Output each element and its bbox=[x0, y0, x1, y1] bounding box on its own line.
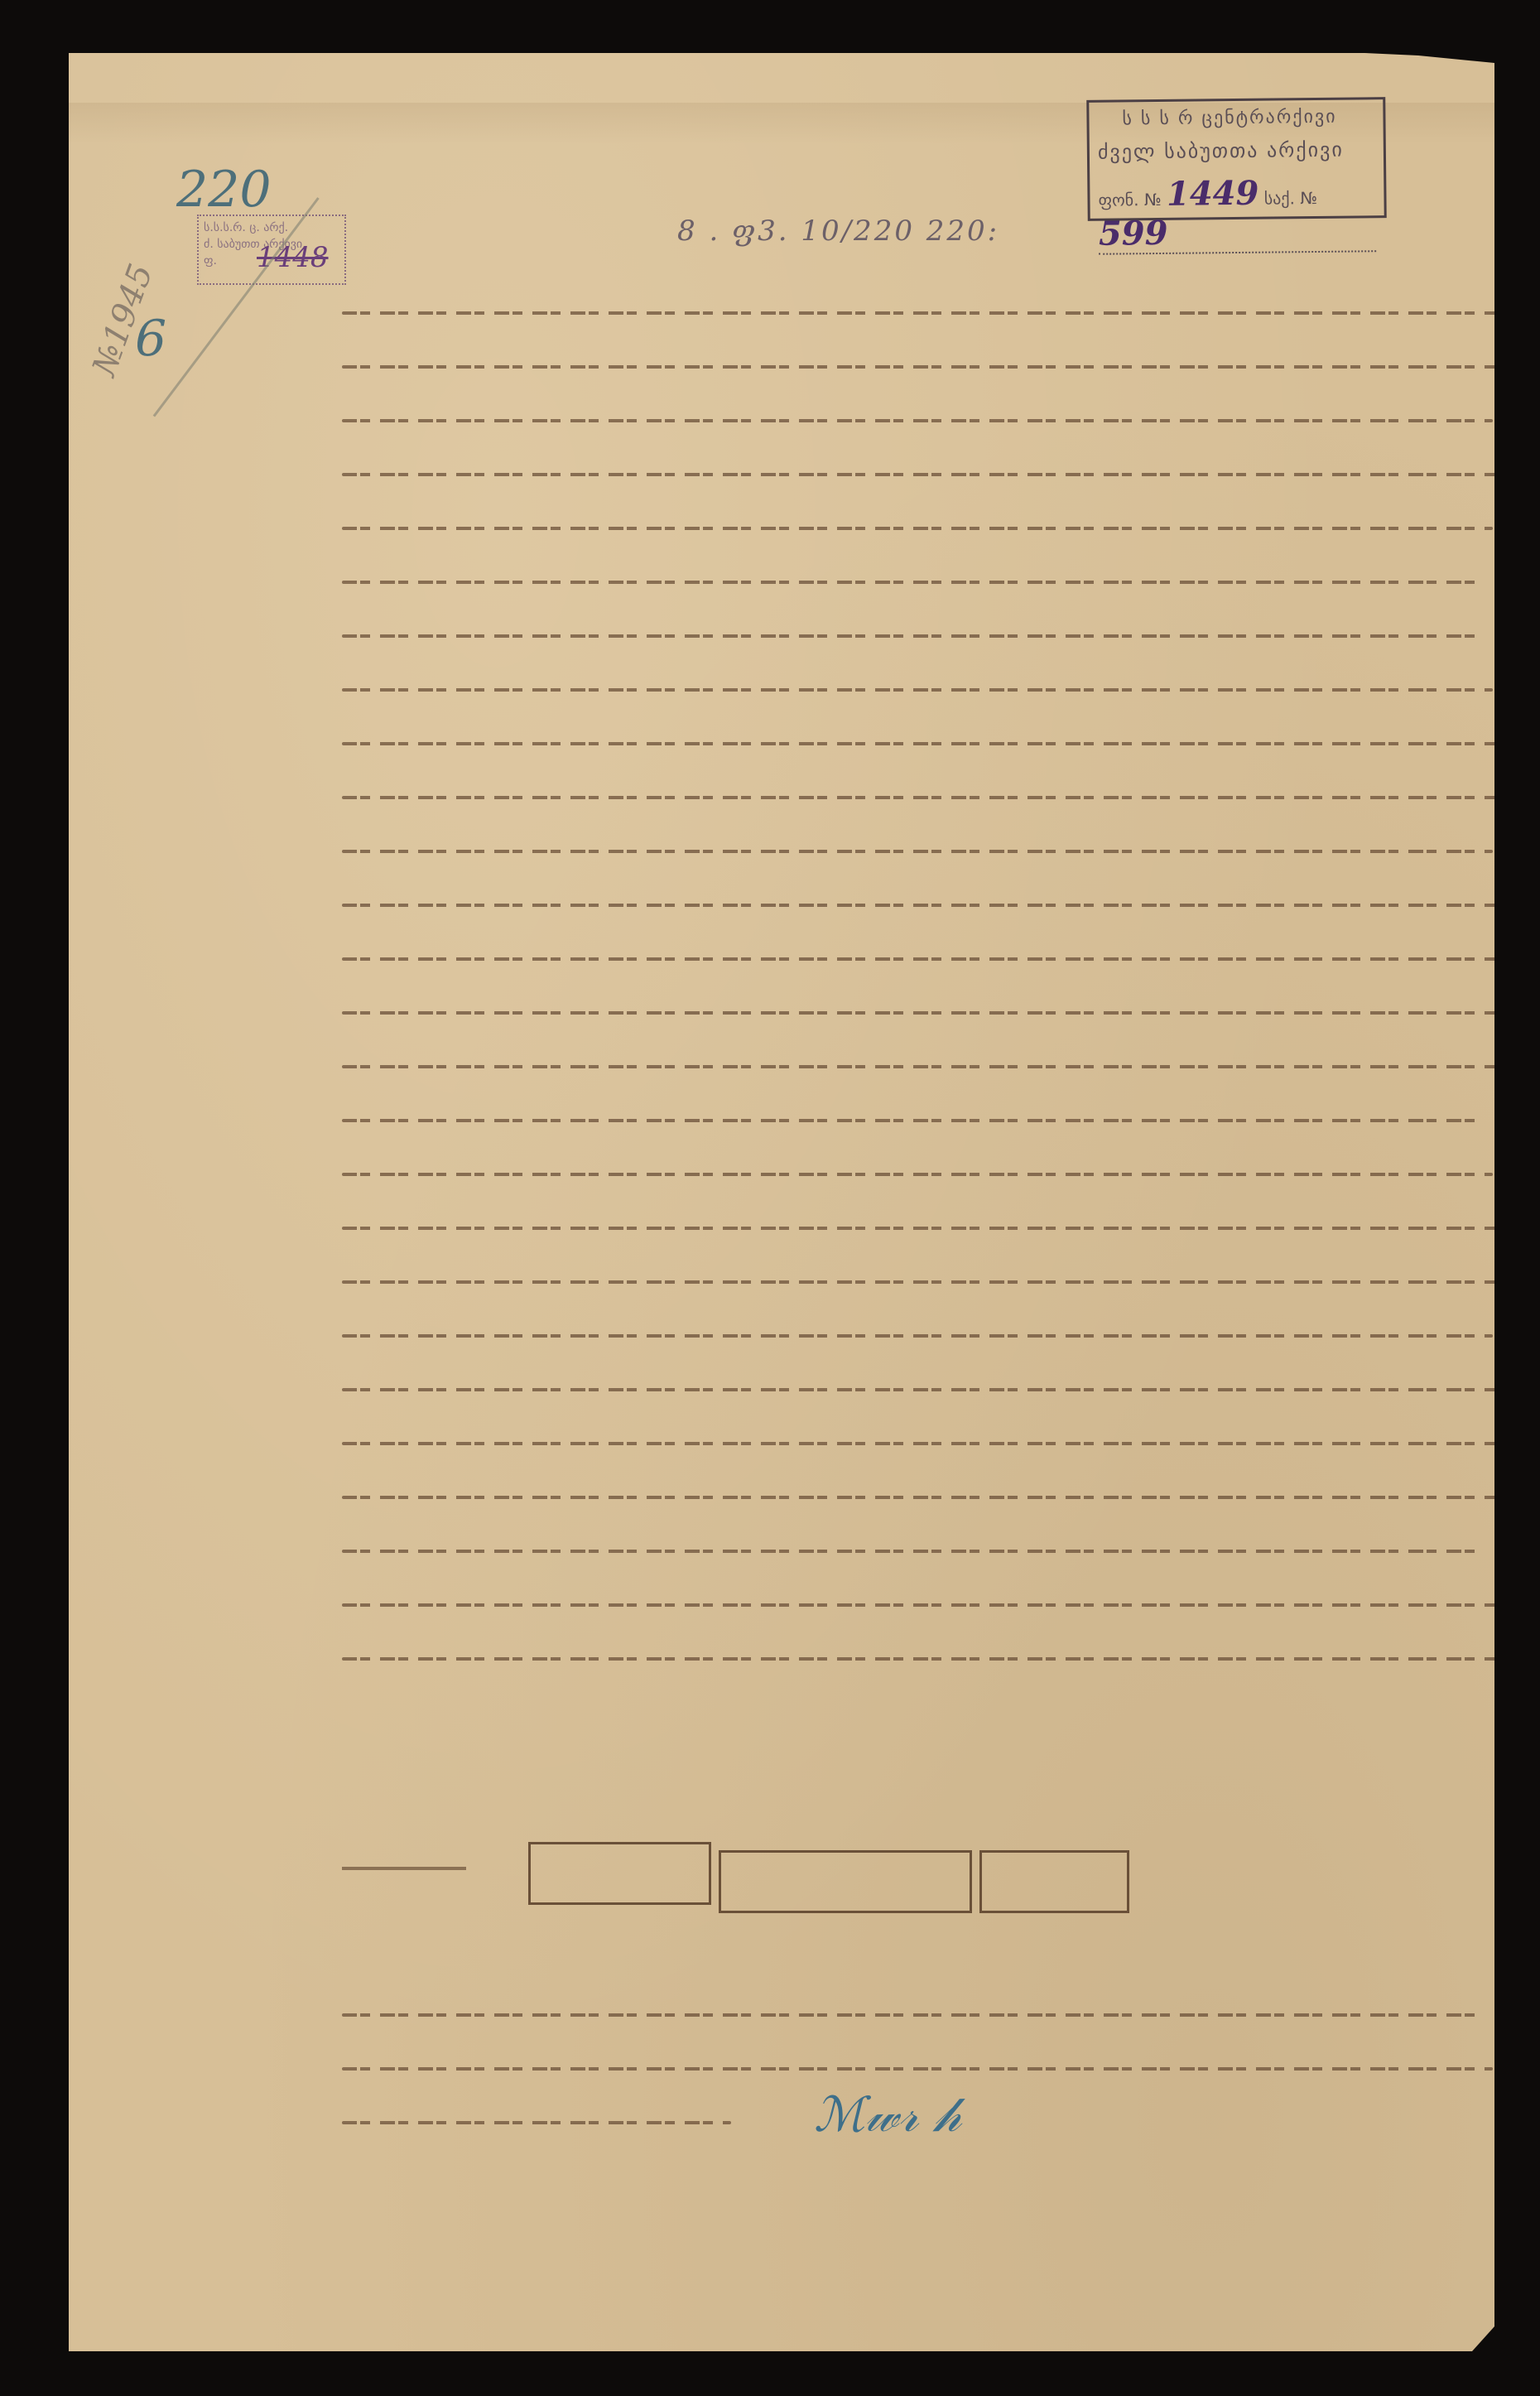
handwritten-line bbox=[342, 1227, 1501, 1230]
handwritten-line bbox=[342, 688, 1493, 692]
blue-pencil-number: 220 bbox=[176, 161, 272, 219]
handwritten-line bbox=[342, 957, 1501, 961]
item-number: 599 bbox=[1099, 214, 1168, 253]
handwritten-line bbox=[342, 527, 1493, 530]
handwritten-line bbox=[342, 1119, 1485, 1122]
closing-line bbox=[342, 2121, 731, 2124]
handwritten-line bbox=[342, 1496, 1501, 1499]
handwritten-line bbox=[342, 634, 1476, 638]
reference-line: 8 . ფ3. 10/220 220: bbox=[677, 215, 999, 248]
handwritten-line bbox=[342, 1550, 1485, 1553]
handwritten-line bbox=[342, 1280, 1501, 1284]
signature: ℳ𝓌𝓇 𝒽 bbox=[814, 2086, 961, 2143]
handwritten-word bbox=[342, 1867, 466, 1870]
handwritten-line bbox=[342, 581, 1485, 584]
item-label: საქ. № bbox=[1264, 188, 1318, 209]
closing-line bbox=[342, 2067, 1493, 2071]
handwritten-line bbox=[342, 1657, 1501, 1661]
old-archive-stamp: ს.ს.ს.რ. ც. არქ. ძ. საბუთთ არქივი. ფ. 14… bbox=[197, 215, 346, 285]
handwritten-line bbox=[342, 1173, 1493, 1176]
handwritten-line bbox=[342, 1603, 1501, 1607]
handwritten-line bbox=[342, 1388, 1501, 1391]
stamp-line-3: ფონ. № 1449 საქ. № 599 bbox=[1098, 172, 1376, 255]
document-page: ს ს ს რ ცენტრარქივი ძველ საბუთთა არქივი … bbox=[69, 53, 1494, 2351]
handwritten-line bbox=[342, 365, 1501, 369]
handwritten-line bbox=[342, 796, 1501, 799]
fond-number: 1449 bbox=[1167, 174, 1259, 214]
handwritten-line bbox=[342, 473, 1501, 476]
small-stamp-line-1: ს.ს.ს.რ. ც. არქ. bbox=[204, 219, 339, 236]
boxed-word-3 bbox=[979, 1850, 1129, 1913]
handwritten-line bbox=[342, 742, 1501, 745]
stamp-line-2: ძველ საბუთთა არქივი bbox=[1098, 138, 1344, 164]
archive-stamp: ს ს ს რ ცენტრარქივი ძველ საბუთთა არქივი … bbox=[1086, 97, 1387, 221]
handwritten-line bbox=[342, 1334, 1493, 1338]
closing-line bbox=[342, 2013, 1485, 2017]
handwritten-line bbox=[342, 1065, 1501, 1068]
boxed-word-1 bbox=[528, 1842, 711, 1905]
handwritten-line bbox=[342, 311, 1501, 315]
fond-label: ფონ. № bbox=[1098, 190, 1161, 210]
handwritten-line bbox=[342, 1442, 1501, 1445]
handwritten-line bbox=[342, 419, 1493, 422]
boxed-word-2 bbox=[719, 1850, 972, 1913]
handwritten-line bbox=[342, 850, 1493, 853]
stamp-line-1: ს ს ს რ ცენტრარქივი bbox=[1122, 107, 1336, 130]
handwritten-line bbox=[342, 1011, 1501, 1015]
handwritten-line bbox=[342, 904, 1501, 907]
